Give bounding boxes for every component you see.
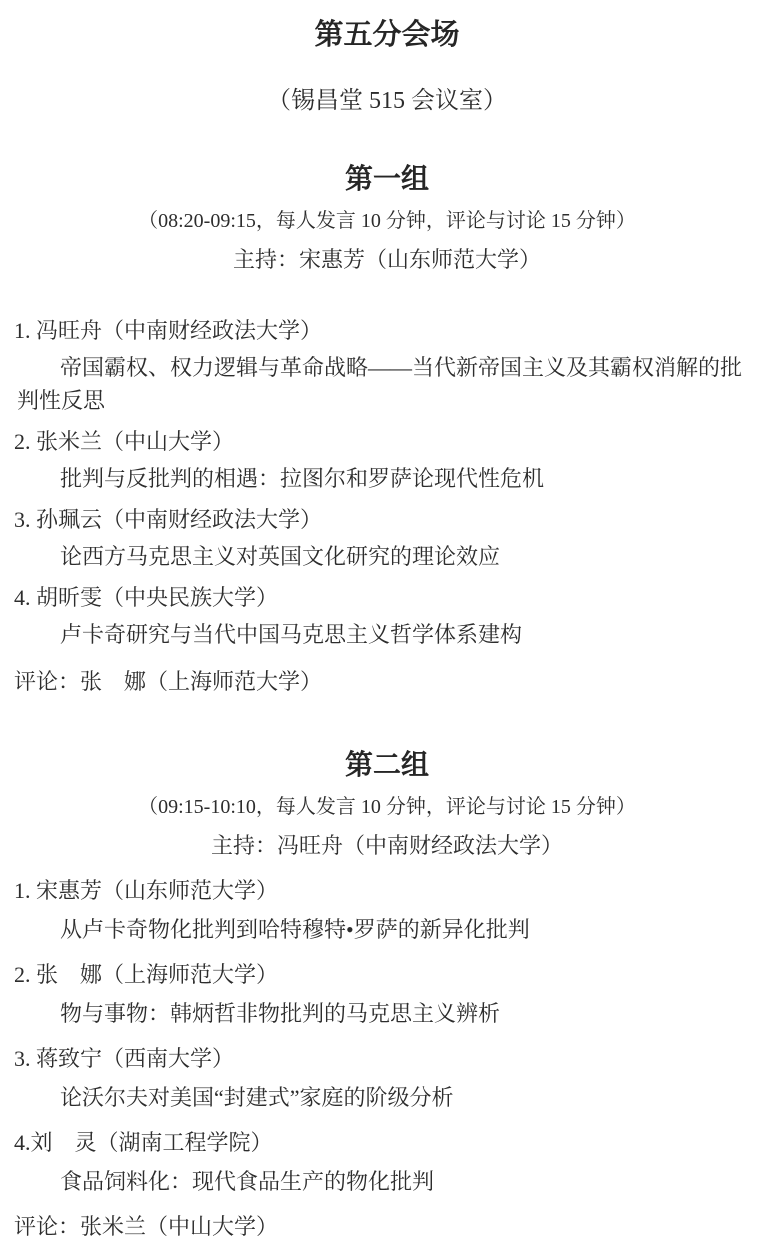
paper-title: 批判与反批判的相遇：拉图尔和罗萨论现代性危机 xyxy=(0,462,774,495)
presenter-line: 1. 宋惠芳（山东师范大学） xyxy=(0,874,774,907)
paper-title: 论西方马克思主义对英国文化研究的理论效应 xyxy=(0,540,774,573)
conference-program-page: 第五分会场 （锡昌堂 515 会议室） 第一组 （08:20-09:15，每人发… xyxy=(0,0,774,1247)
paper-title: 卢卡奇研究与当代中国马克思主义哲学体系建构 xyxy=(0,618,774,651)
group-2-commentator: 评论：张米兰（中山大学） xyxy=(0,1210,774,1243)
presentation-item: 3. 蒋致宁（西南大学） 论沃尔夫对美国“封建式”家庭的阶级分析 xyxy=(0,1042,774,1114)
page-title: 第五分会场 xyxy=(0,12,774,58)
presenter-line: 4. 胡昕雯（中央民族大学） xyxy=(0,581,774,614)
group-2-heading: 第二组 xyxy=(0,746,774,786)
presentation-item: 4.刘 灵（湖南工程学院） 食品饲料化：现代食品生产的物化批判 xyxy=(0,1126,774,1198)
group-1-time: （08:20-09:15，每人发言 10 分钟，评论与讨论 15 分钟） xyxy=(0,206,774,236)
presentation-item: 2. 张米兰（中山大学） 批判与反批判的相遇：拉图尔和罗萨论现代性危机 xyxy=(0,425,774,495)
group-2-presentation-list: 1. 宋惠芳（山东师范大学） 从卢卡奇物化批判到哈特穆特•罗萨的新异化批判 2.… xyxy=(0,874,774,1243)
group-2-time: （09:15-10:10，每人发言 10 分钟，评论与讨论 15 分钟） xyxy=(0,792,774,822)
group-1-heading: 第一组 xyxy=(0,160,774,200)
group-1-section: 第一组 （08:20-09:15，每人发言 10 分钟，评论与讨论 15 分钟）… xyxy=(0,160,774,698)
presenter-line: 3. 蒋致宁（西南大学） xyxy=(0,1042,774,1075)
presenter-line: 2. 张米兰（中山大学） xyxy=(0,425,774,458)
paper-title: 从卢卡奇物化批判到哈特穆特•罗萨的新异化批判 xyxy=(0,913,774,946)
presentation-item: 4. 胡昕雯（中央民族大学） 卢卡奇研究与当代中国马克思主义哲学体系建构 xyxy=(0,581,774,651)
presenter-line: 3. 孙珮云（中南财经政法大学） xyxy=(0,503,774,536)
presentation-item: 3. 孙珮云（中南财经政法大学） 论西方马克思主义对英国文化研究的理论效应 xyxy=(0,503,774,573)
presenter-line: 2. 张 娜（上海师范大学） xyxy=(0,958,774,991)
group-1-commentator: 评论：张 娜（上海师范大学） xyxy=(0,665,774,698)
presentation-item: 1. 冯旺舟（中南财经政法大学） 帝国霸权、权力逻辑与革命战略——当代新帝国主义… xyxy=(0,314,774,417)
group-2-host: 主持：冯旺舟（中南财经政法大学） xyxy=(0,830,774,862)
paper-title: 帝国霸权、权力逻辑与革命战略——当代新帝国主义及其霸权消解的批判性反思 xyxy=(0,351,774,417)
group-1-presentation-list: 1. 冯旺舟（中南财经政法大学） 帝国霸权、权力逻辑与革命战略——当代新帝国主义… xyxy=(0,314,774,698)
presentation-item: 1. 宋惠芳（山东师范大学） 从卢卡奇物化批判到哈特穆特•罗萨的新异化批判 xyxy=(0,874,774,946)
paper-title: 物与事物：韩炳哲非物批判的马克思主义辨析 xyxy=(0,997,774,1030)
paper-title: 食品饲料化：现代食品生产的物化批判 xyxy=(0,1165,774,1198)
presenter-line: 1. 冯旺舟（中南财经政法大学） xyxy=(0,314,774,347)
presentation-item: 2. 张 娜（上海师范大学） 物与事物：韩炳哲非物批判的马克思主义辨析 xyxy=(0,958,774,1030)
paper-title: 论沃尔夫对美国“封建式”家庭的阶级分析 xyxy=(0,1081,774,1114)
group-1-host: 主持：宋惠芳（山东师范大学） xyxy=(0,244,774,276)
room-subtitle: （锡昌堂 515 会议室） xyxy=(0,84,774,118)
group-2-section: 第二组 （09:15-10:10，每人发言 10 分钟，评论与讨论 15 分钟）… xyxy=(0,746,774,1243)
presenter-line: 4.刘 灵（湖南工程学院） xyxy=(0,1126,774,1159)
